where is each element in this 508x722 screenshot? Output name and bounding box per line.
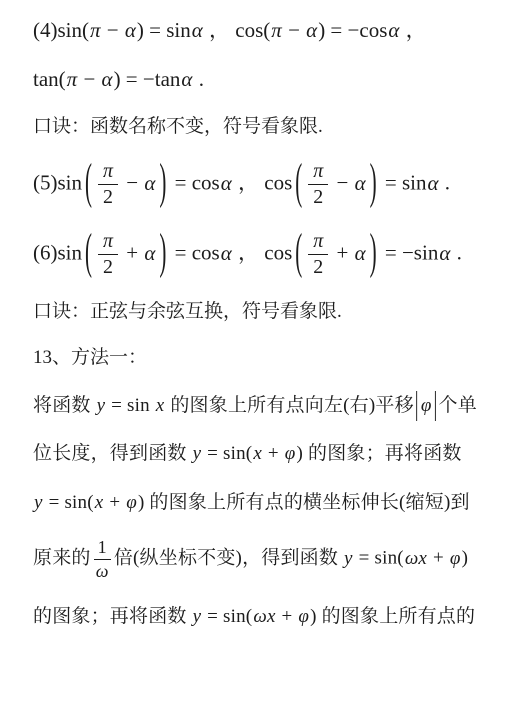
big-parenthesis: ( bbox=[295, 148, 302, 215]
fraction: π2 bbox=[308, 230, 328, 279]
fraction: π2 bbox=[98, 160, 118, 209]
document-line-6: 口诀：正弦与余弦互换，符号看象限. bbox=[33, 300, 482, 325]
abs-bar: | bbox=[434, 380, 438, 428]
fraction: 1ω bbox=[94, 537, 111, 582]
fraction: π2 bbox=[98, 230, 118, 279]
big-parenthesis: ( bbox=[295, 217, 302, 284]
big-parenthesis: ) bbox=[370, 217, 377, 284]
document-line-1: (4)sin(π − α) = sinα ， cos(π − α) = −cos… bbox=[33, 16, 482, 44]
document-page: (4)sin(π − α) = sinα ， cos(π − α) = −cos… bbox=[0, 0, 508, 722]
document-line-12: 的图象；再将函数 y = sin(ωx + φ) 的图象上所有点的 bbox=[33, 603, 482, 631]
document-line-2: tan(π − α) = −tanα . bbox=[33, 65, 482, 93]
big-parenthesis: ) bbox=[370, 148, 377, 215]
document-line-7: 13、方法一： bbox=[33, 346, 482, 371]
big-parenthesis: ( bbox=[85, 217, 92, 284]
document-line-8: 将函数 y = sin x 的图象上所有点向左(右)平移|φ|个单 bbox=[33, 392, 482, 420]
big-parenthesis: ( bbox=[85, 148, 92, 215]
fraction: π2 bbox=[308, 160, 328, 209]
document-body: (4)sin(π − α) = sinα ， cos(π − α) = −cos… bbox=[33, 16, 482, 630]
document-line-5: (6)sin(π2 + α) = cosα ， cos(π2 + α) = −s… bbox=[33, 230, 482, 279]
abs-bar: | bbox=[415, 380, 419, 428]
document-line-9: 位长度，得到函数 y = sin(x + φ) 的图象；再将函数 bbox=[33, 440, 482, 468]
big-parenthesis: ) bbox=[159, 148, 166, 215]
document-line-10: y = sin(x + φ) 的图象上所有点的横坐标伸长(缩短)到 bbox=[33, 489, 482, 517]
big-parenthesis: ) bbox=[159, 217, 166, 284]
document-line-3: 口诀：函数名称不变，符号看象限. bbox=[33, 115, 482, 140]
document-line-4: (5)sin(π2 − α) = cosα ， cos(π2 − α) = si… bbox=[33, 160, 482, 209]
document-line-11: 原来的1ω倍(纵坐标不变)，得到函数 y = sin(ωx + φ) bbox=[33, 537, 482, 582]
